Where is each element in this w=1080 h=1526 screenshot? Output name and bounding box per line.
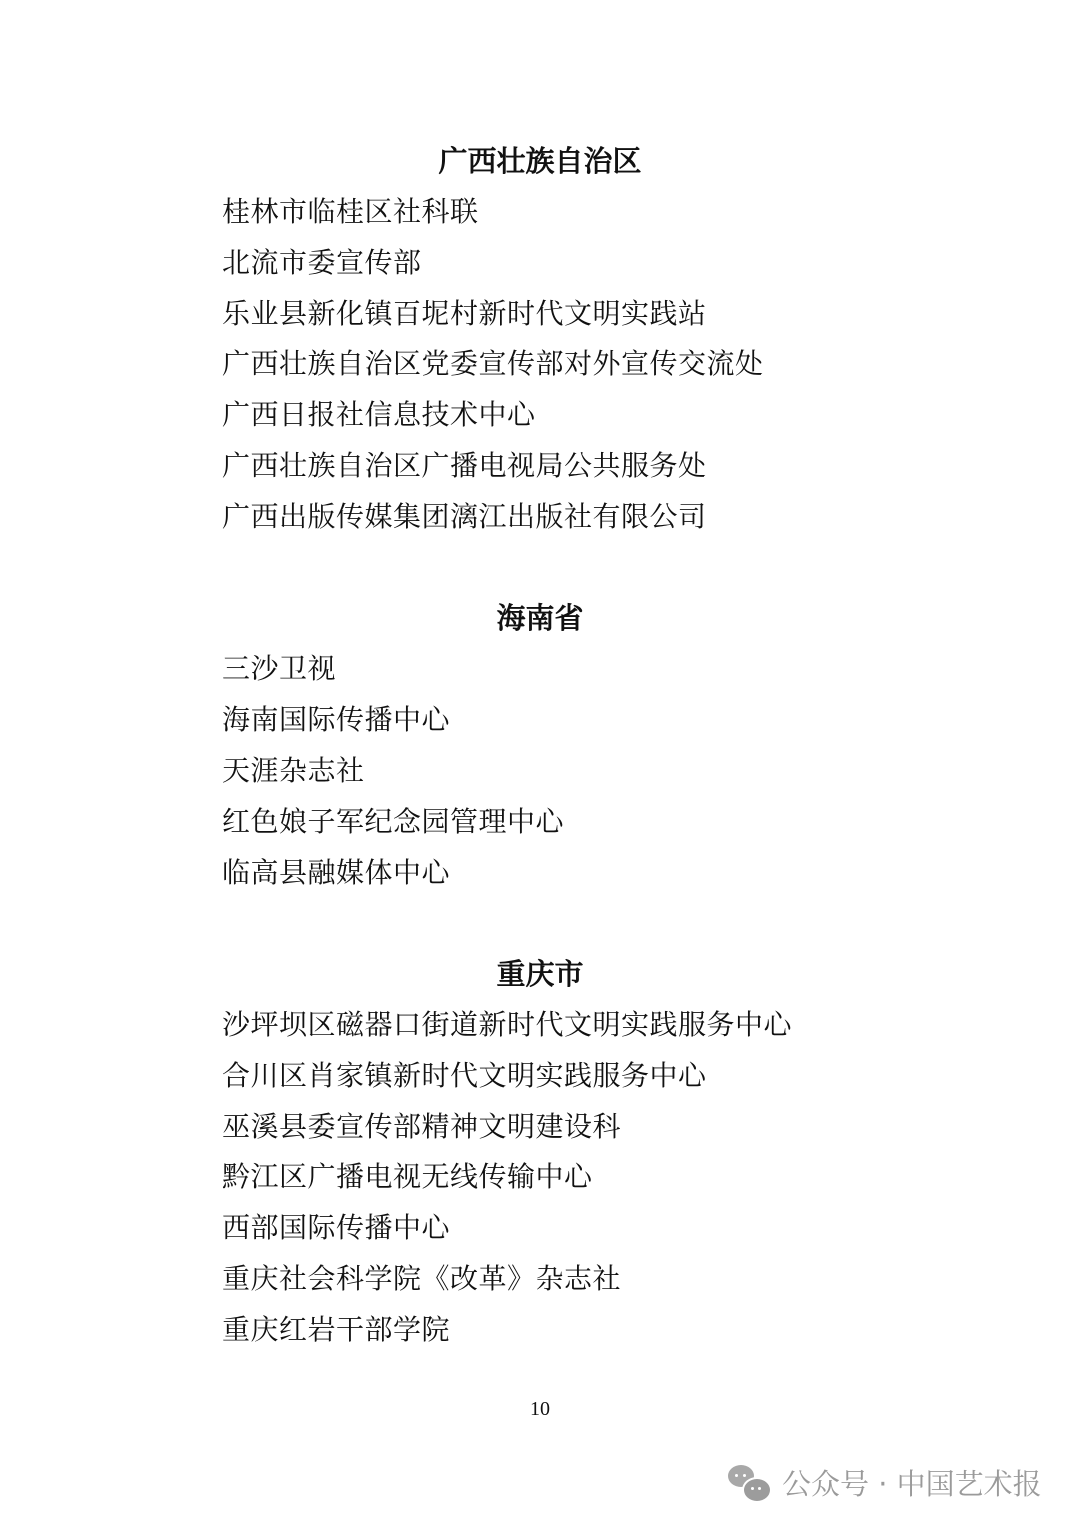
list-item: 重庆社会科学院《改革》杂志社 [222,1259,621,1299]
list-item: 天涯杂志社 [222,751,365,791]
section-title-chongqing: 重庆市 [0,954,1080,994]
list-item: 沙坪坝区磁器口街道新时代文明实践服务中心 [222,1005,792,1045]
list-item: 红色娘子军纪念园管理中心 [222,802,564,842]
list-item: 广西壮族自治区广播电视局公共服务处 [222,446,707,486]
list-item: 巫溪县委宣传部精神文明建设科 [222,1107,621,1147]
list-item: 海南国际传播中心 [222,700,450,740]
list-item: 广西出版传媒集团漓江出版社有限公司 [222,497,707,537]
list-item: 西部国际传播中心 [222,1208,450,1248]
watermark: 公众号 · 中国艺术报 [728,1462,1042,1503]
list-item: 广西壮族自治区党委宣传部对外宣传交流处 [222,344,764,384]
list-item: 黔江区广播电视无线传输中心 [222,1157,593,1197]
watermark-text: 公众号 · 中国艺术报 [782,1462,1042,1503]
list-item: 三沙卫视 [222,649,336,689]
list-item: 北流市委宣传部 [222,243,422,283]
list-item: 临高县融媒体中心 [222,853,450,893]
list-item: 合川区肖家镇新时代文明实践服务中心 [222,1056,707,1096]
list-item: 桂林市临桂区社科联 [222,192,479,232]
page-number: 10 [0,1398,1080,1421]
list-item: 乐业县新化镇百坭村新时代文明实践站 [222,294,707,334]
list-item: 重庆红岩干部学院 [222,1310,450,1350]
wechat-icon [728,1465,770,1501]
section-title-guangxi: 广西壮族自治区 [0,141,1080,181]
list-item: 广西日报社信息技术中心 [222,395,536,435]
section-title-hainan: 海南省 [0,598,1080,638]
